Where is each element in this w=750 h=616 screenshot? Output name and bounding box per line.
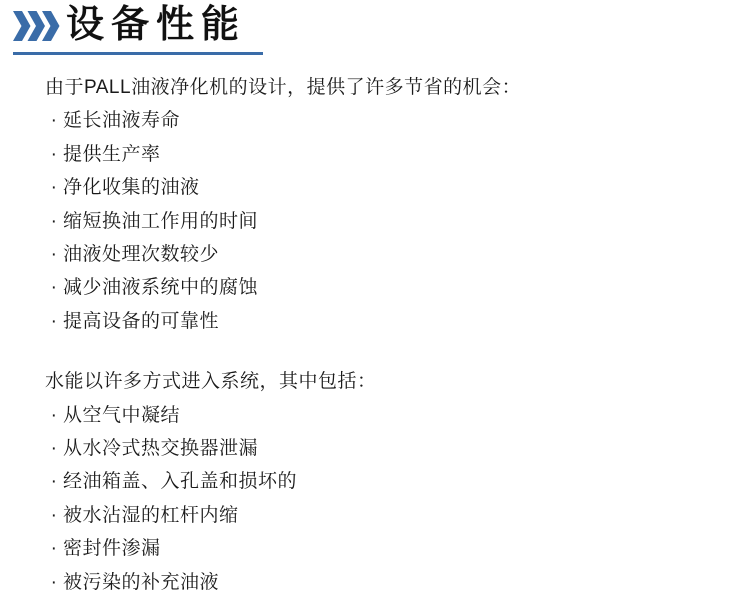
list-item: · 从空气中凝结 <box>45 399 705 432</box>
list-item: · 延长油液寿命 <box>45 104 705 137</box>
list-item-text: 缩短换油工作用的时间 <box>63 205 258 238</box>
list-item-text: 从水冷式热交换器泄漏 <box>63 432 258 465</box>
list-item: · 从水冷式热交换器泄漏 <box>45 432 705 465</box>
list-item-text: 被污染的补充油液 <box>63 566 219 599</box>
list-item-text: 经油箱盖、入孔盖和损坏的 <box>63 465 297 498</box>
list-item-text: 提供生产率 <box>63 138 161 171</box>
list-item: · 提供生产率 <box>45 138 705 171</box>
title-underline <box>13 52 263 55</box>
list-item-text: 延长油液寿命 <box>63 104 180 137</box>
slide: 设备性能 由于PALL油液净化机的设计，提供了许多节省的机会： · 延长油液寿命… <box>0 0 750 616</box>
list-item-text: 油液处理次数较少 <box>63 238 219 271</box>
list-item: · 被污染的补充油液 <box>45 566 705 599</box>
section-intro: 水能以许多方式进入系统，其中包括： <box>45 365 705 398</box>
list-item: · 提高设备的可靠性 <box>45 305 705 338</box>
list-item-text: 提高设备的可靠性 <box>63 305 219 338</box>
list-item: · 经油箱盖、入孔盖和损坏的 <box>45 465 705 498</box>
list-item-text: 密封件渗漏 <box>63 532 161 565</box>
bullet-dot: · <box>45 238 63 271</box>
list-item: · 减少油液系统中的腐蚀 <box>45 271 705 304</box>
triple-chevron-right-icon <box>13 11 60 41</box>
list-item: · 缩短换油工作用的时间 <box>45 205 705 238</box>
list-item: · 密封件渗漏 <box>45 532 705 565</box>
bullet-dot: · <box>45 399 63 432</box>
bullet-dot: · <box>45 532 63 565</box>
list-item: · 油液处理次数较少 <box>45 238 705 271</box>
page-title: 设备性能 <box>66 4 246 46</box>
list-item-text: 从空气中凝结 <box>63 399 180 432</box>
bullet-dot: · <box>45 566 63 599</box>
section-benefits: 由于PALL油液净化机的设计，提供了许多节省的机会： · 延长油液寿命 · 提供… <box>45 71 705 338</box>
content: 由于PALL油液净化机的设计，提供了许多节省的机会： · 延长油液寿命 · 提供… <box>45 71 705 599</box>
section-water-ingress: 水能以许多方式进入系统，其中包括： · 从空气中凝结 · 从水冷式热交换器泄漏 … <box>45 365 705 599</box>
list-item: · 被水沾湿的杠杆内缩 <box>45 499 705 532</box>
list-item-text: 减少油液系统中的腐蚀 <box>63 271 258 304</box>
list-item-text: 被水沾湿的杠杆内缩 <box>63 499 239 532</box>
list-item-text: 净化收集的油液 <box>63 171 200 204</box>
bullet-dot: · <box>45 171 63 204</box>
section-intro: 由于PALL油液净化机的设计，提供了许多节省的机会： <box>45 71 705 104</box>
bullet-dot: · <box>45 104 63 137</box>
bullet-dot: · <box>45 138 63 171</box>
bullet-dot: · <box>45 271 63 304</box>
bullet-dot: · <box>45 205 63 238</box>
list-item: · 净化收集的油液 <box>45 171 705 204</box>
bullet-dot: · <box>45 465 63 498</box>
bullet-dot: · <box>45 305 63 338</box>
bullet-dot: · <box>45 499 63 532</box>
bullet-dot: · <box>45 432 63 465</box>
